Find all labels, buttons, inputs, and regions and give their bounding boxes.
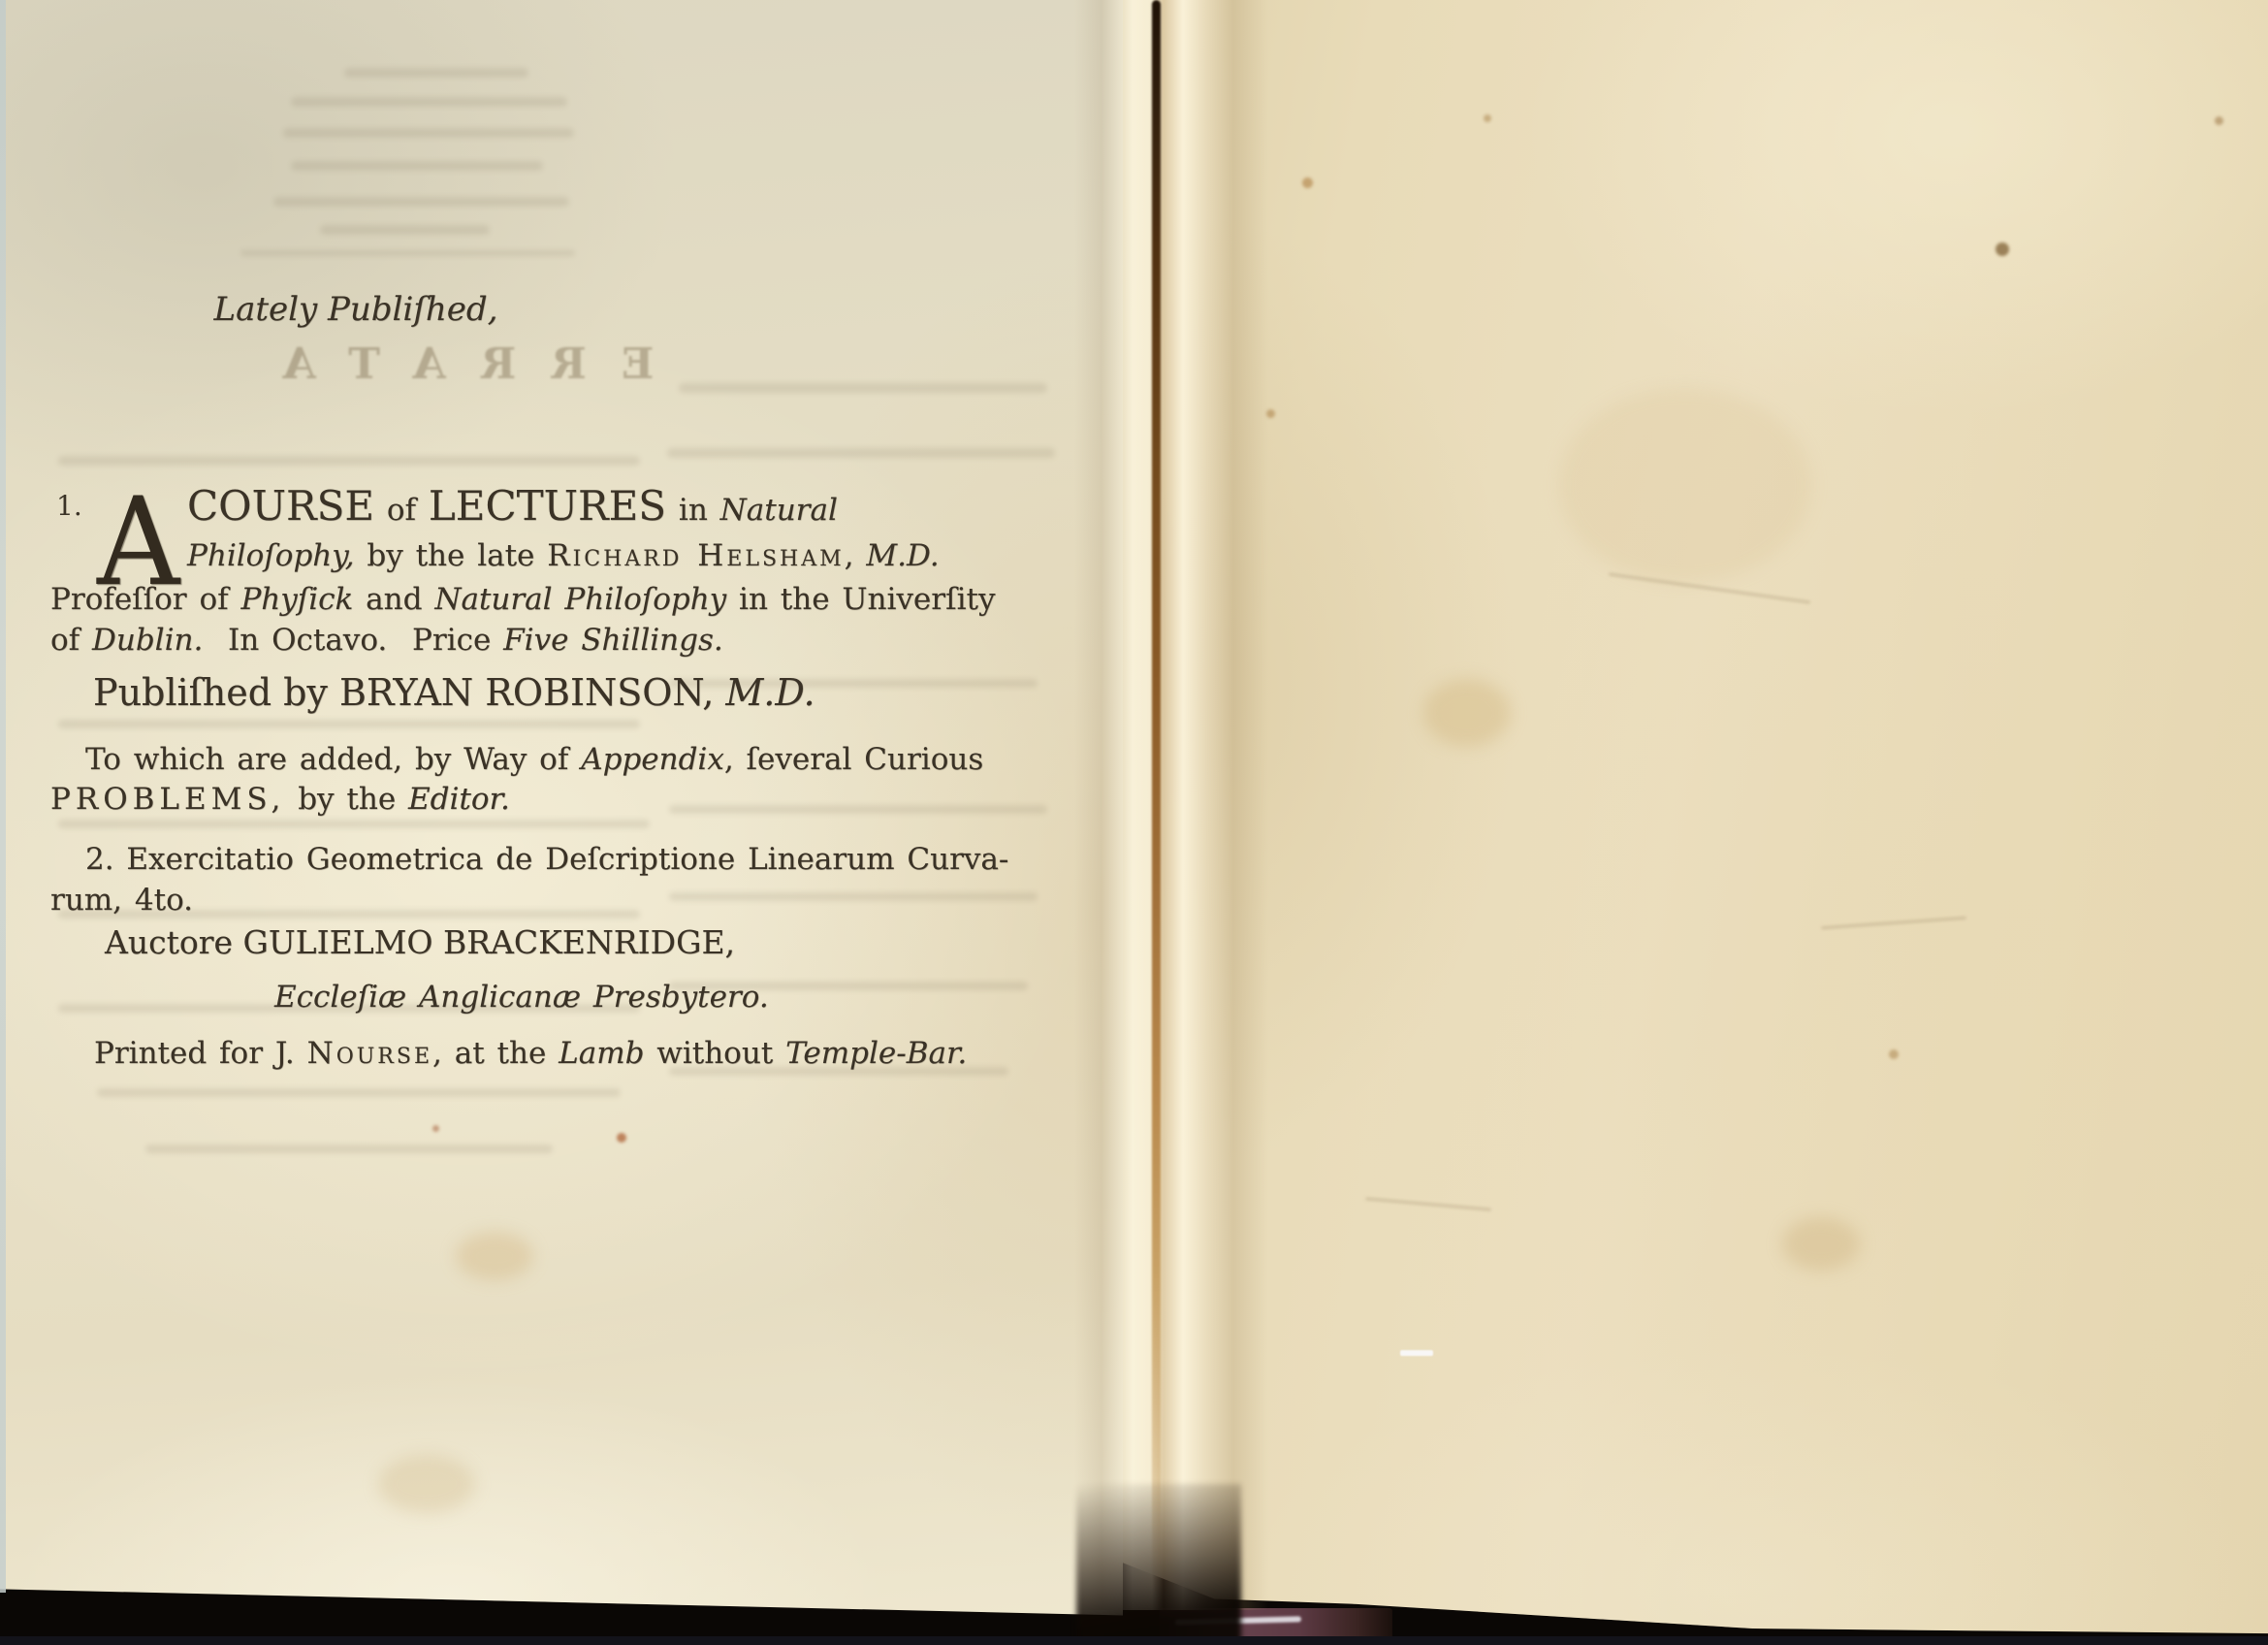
item1-line3: Profeſſor of Phyſick and Natural Philoſo… <box>50 583 995 618</box>
stain <box>1423 679 1511 747</box>
text-segment: in the Univerſity <box>726 582 995 617</box>
text-segment: 2. Exercitatio Geometrica de Deſcription… <box>85 842 1008 877</box>
item1-number: 1. <box>56 490 82 522</box>
text-segment: and <box>353 582 434 617</box>
book-scan: ERRATA Lately Publiſhed, 1. A COURSE of … <box>0 0 2268 1645</box>
left-page: ERRATA Lately Publiſhed, 1. A COURSE of … <box>0 0 1123 1645</box>
paper-fleck <box>1400 1350 1433 1356</box>
text-segment: rum, 4to. <box>50 883 193 918</box>
text-segment: COURSE <box>187 482 374 530</box>
text-segment: Printed for J. <box>94 1036 307 1071</box>
text-segment: by the late <box>355 538 548 573</box>
imprint-line: Printed for J. Nourse, at the Lamb witho… <box>94 1037 967 1072</box>
item2-line2: rum, 4to. <box>50 884 193 919</box>
showthrough-rule <box>240 250 575 256</box>
text-segment: In Octavo. Price <box>203 623 503 658</box>
foxing-spot <box>1302 177 1313 188</box>
item2-line1: 2. Exercitatio Geometrica de Deſcription… <box>85 843 1008 878</box>
stain-spot <box>617 1133 626 1143</box>
text-segment: Publiſhed by BRYAN ROBINSON, <box>93 671 725 714</box>
foxing-spot <box>1996 242 2009 256</box>
text-segment: by the <box>285 782 408 817</box>
showthrough-line <box>58 820 650 828</box>
stain <box>378 1455 475 1513</box>
showthrough-line <box>669 892 1038 901</box>
text-segment: , at the <box>432 1036 559 1071</box>
text-segment: Phyſick <box>240 582 353 617</box>
showthrough-line <box>273 197 569 207</box>
showthrough-line <box>283 128 574 138</box>
text-segment: , ſeveral Curious <box>724 742 983 777</box>
showthrough-errata-heading: ERRATA <box>247 339 655 389</box>
showthrough-line <box>97 1088 621 1097</box>
text-segment: Temple-Bar. <box>785 1036 967 1071</box>
showthrough-line <box>291 97 567 107</box>
text-segment: Appendix <box>581 742 724 777</box>
author-subline: Eccleſiæ Anglicanæ Presbytero. <box>274 981 769 1016</box>
spine-crack <box>1152 0 1161 1596</box>
text-segment: Natural Philoſophy <box>434 582 726 617</box>
text-segment: of <box>50 623 92 658</box>
text-segment: Profeſſor of <box>50 582 240 617</box>
showthrough-line <box>320 225 490 235</box>
showthrough-line <box>58 456 640 466</box>
text-segment: To which are added, by Way of <box>85 742 581 777</box>
paper-crease <box>1821 917 1966 929</box>
text-segment: M.D. <box>725 671 815 714</box>
text-segment: Philoſophy, <box>187 538 355 573</box>
showthrough-line <box>679 383 1047 393</box>
stain <box>456 1232 533 1280</box>
showthrough-line <box>145 1145 553 1153</box>
foxing-spot <box>1484 114 1491 122</box>
appendix-line1: To which are added, by Way of Appendix, … <box>85 743 983 778</box>
text-segment: Richard Helsham <box>547 538 844 573</box>
item1-line4: of Dublin. In Octavo. Price Five Shillin… <box>50 624 723 659</box>
appendix-line2: PROBLEMS, by the Editor. <box>50 783 510 818</box>
text-segment: Eccleſiæ Anglicanæ Presbytero. <box>274 980 769 1015</box>
foxing-spot <box>1266 409 1275 418</box>
foxing-spot <box>1889 1049 1899 1059</box>
publisher-line: Publiſhed by BRYAN ROBINSON, M.D. <box>93 672 815 715</box>
text-segment: , <box>845 538 867 573</box>
scan-edge-left <box>0 0 6 1593</box>
showthrough-line <box>669 805 1047 814</box>
foxing-spot <box>2215 116 2223 125</box>
text-segment: without <box>644 1036 785 1071</box>
stain-spot <box>432 1125 439 1132</box>
text-segment: of <box>374 493 429 528</box>
showthrough-line <box>667 448 1055 458</box>
text-segment: Auctore <box>105 923 243 961</box>
text-segment: Natural <box>720 493 838 528</box>
stain <box>1559 388 1811 582</box>
text-segment: LECTURES <box>429 482 666 530</box>
right-page-blank <box>1123 0 2268 1645</box>
heading-lately-published: Lately Publiſhed, <box>50 291 661 329</box>
showthrough-line <box>291 161 543 171</box>
showthrough-line <box>344 68 528 78</box>
text-segment: Editor. <box>408 782 510 817</box>
item1-line2: Philoſophy, by the late Richard Helsham,… <box>187 539 940 574</box>
author-line: Auctore GULIELMO BRACKENRIDGE, <box>105 924 735 961</box>
text-segment: Lamb <box>559 1036 644 1071</box>
text-segment: Dublin. <box>92 623 203 658</box>
text-segment: M.D. <box>866 538 939 573</box>
text-segment: PROBLEMS, <box>50 782 285 817</box>
showthrough-line <box>58 720 640 728</box>
text-segment: GULIELMO BRACKENRIDGE, <box>243 923 736 961</box>
paper-crease <box>1365 1197 1491 1210</box>
stain <box>1782 1217 1860 1271</box>
text-segment: in <box>666 493 720 528</box>
gutter-bottom-shadow <box>1076 1484 1241 1645</box>
text-segment: Five Shillings. <box>503 623 723 658</box>
text-segment: Nourse <box>307 1036 432 1071</box>
item1-line1: COURSE of LECTURES in Natural <box>187 483 838 530</box>
scan-edge-bottom <box>0 1636 2268 1645</box>
